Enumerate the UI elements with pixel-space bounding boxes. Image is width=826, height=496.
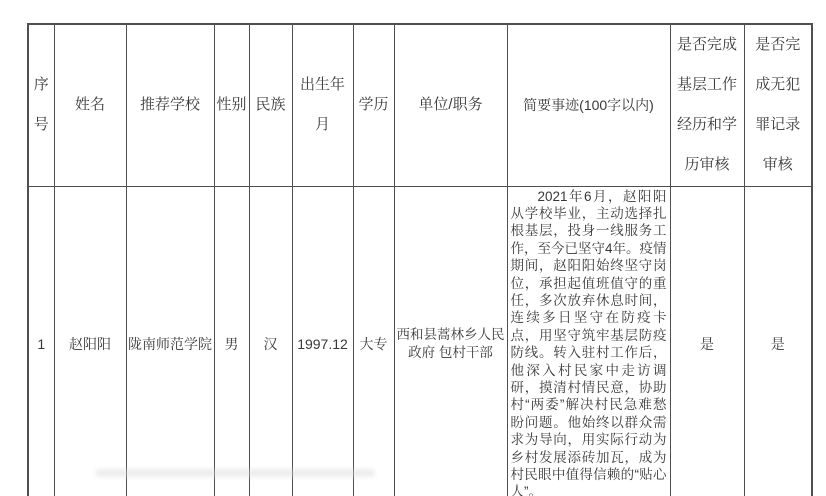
document-page: 序 号 姓名 推荐学校 性别 民族 出生年 月 学历 单位/职务 简要事迹(10…: [0, 0, 826, 496]
cell-gender: 男: [214, 186, 249, 496]
header-serial-number: 序 号: [28, 24, 54, 186]
roster-table: 序 号 姓名 推荐学校 性别 民族 出生年 月 学历 单位/职务 简要事迹(10…: [27, 23, 813, 496]
header-grassroots-review: 是否完成 基层工作 经历和学 历审核: [670, 24, 744, 186]
cell-grassroots-review: 是: [670, 186, 744, 496]
cell-name: 赵阳阳: [54, 186, 126, 496]
header-unit-position: 单位/职务: [394, 24, 507, 186]
header-education: 学历: [353, 24, 394, 186]
header-criminal-record-review: 是否完 成无犯 罪记录 审核: [744, 24, 812, 186]
cell-ethnicity: 汉: [249, 186, 292, 496]
scan-artifact: [95, 469, 375, 477]
header-ethnicity: 民族: [249, 24, 292, 186]
cell-birth-date: 1997.12: [292, 186, 353, 496]
header-name: 姓名: [54, 24, 126, 186]
cell-education: 大专: [353, 186, 394, 496]
header-birth-date: 出生年 月: [292, 24, 353, 186]
cell-brief-deeds: 2021年6月，赵阳阳从学校毕业，主动选择扎根基层，投身一线服务工作，至今已坚守…: [507, 186, 670, 496]
header-brief-deeds: 简要事迹(100字以内): [507, 24, 670, 186]
cell-criminal-record-review: 是: [744, 186, 812, 496]
cell-recommending-school: 陇南师范学院: [126, 186, 214, 496]
table-row: 1 赵阳阳 陇南师范学院 男 汉 1997.12 大专 西和县蒿林乡人民政府 包…: [28, 186, 812, 496]
header-row: 序 号 姓名 推荐学校 性别 民族 出生年 月 学历 单位/职务 简要事迹(10…: [28, 24, 812, 186]
header-recommending-school: 推荐学校: [126, 24, 214, 186]
cell-serial-number: 1: [28, 186, 54, 496]
cell-unit-position: 西和县蒿林乡人民政府 包村干部: [394, 186, 507, 496]
brief-deeds-text: 2021年6月，赵阳阳从学校毕业，主动选择扎根基层，投身一线服务工作，至今已坚守…: [511, 188, 667, 496]
header-gender: 性别: [214, 24, 249, 186]
